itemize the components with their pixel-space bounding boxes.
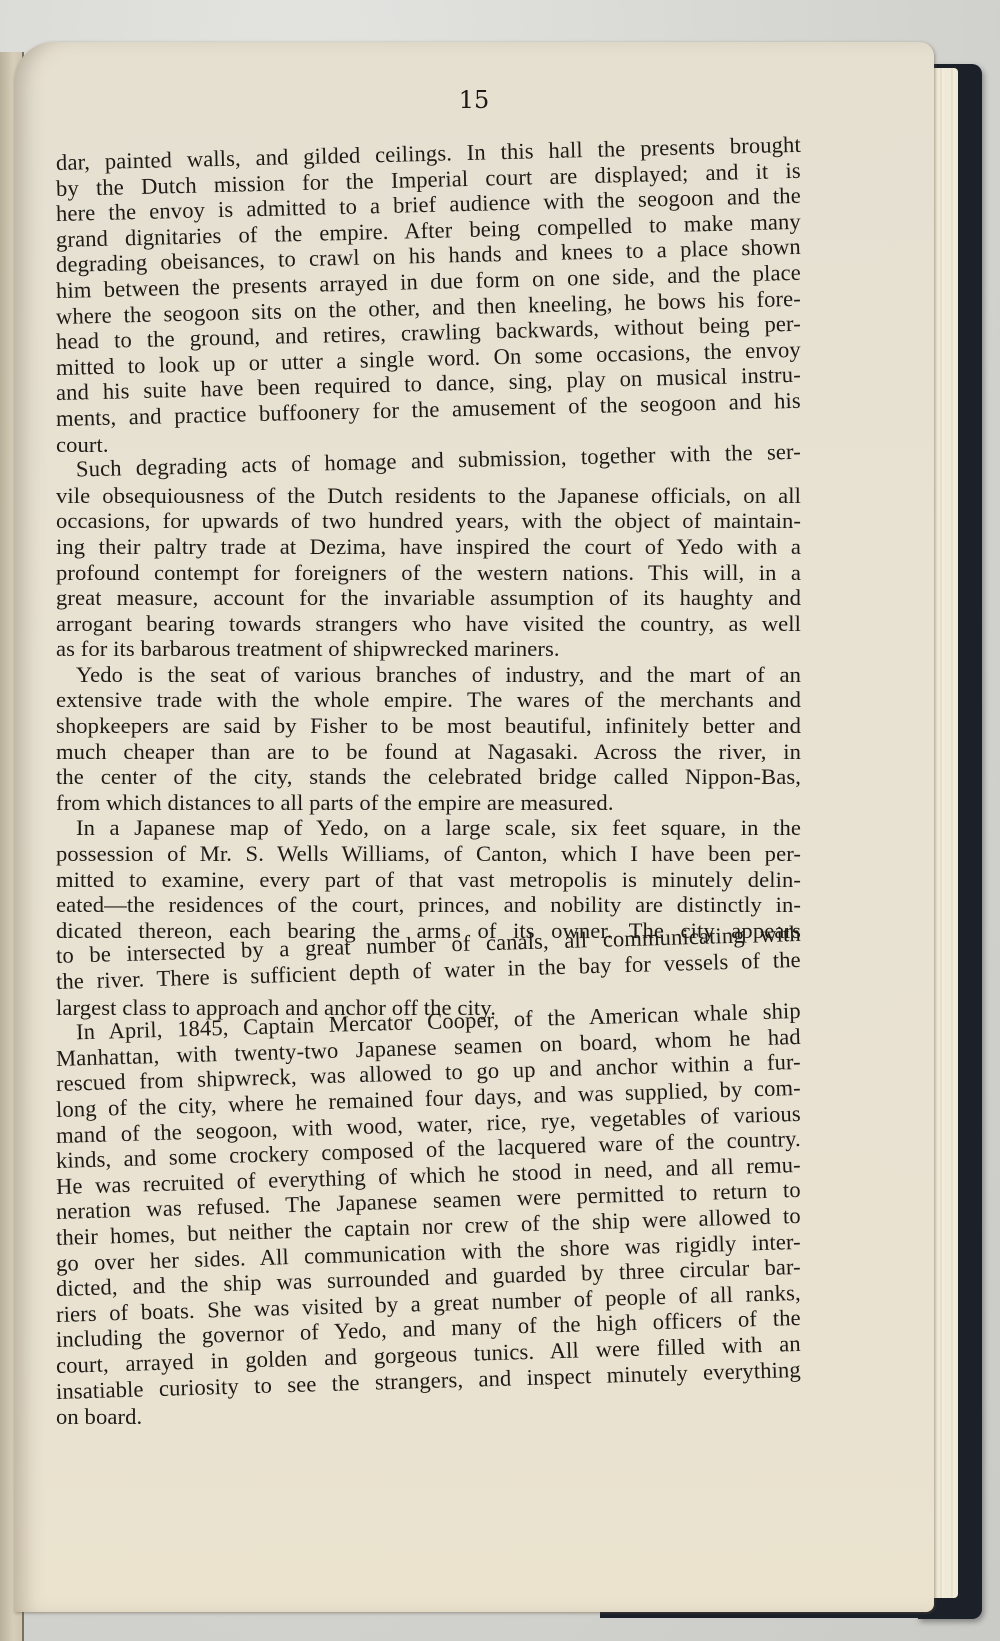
paragraph: Yedo is the seat of various branches of … bbox=[56, 662, 801, 816]
text-line: occasions, for upwards of two hundred ye… bbox=[56, 508, 801, 534]
text-line: from which distances to all parts of the… bbox=[56, 790, 801, 816]
book-page: 15 dar, painted walls, and gilded ceilin… bbox=[14, 42, 934, 1612]
paragraph: In April, 1845, Captain Mercator Cooper,… bbox=[56, 1020, 801, 1430]
text-line: as for its barbarous treatment of shipwr… bbox=[56, 636, 801, 662]
text-line: possession of Mr. S. Wells Williams, of … bbox=[56, 841, 801, 867]
text-line: ing their paltry trade at Dezima, have i… bbox=[56, 534, 801, 560]
text-line: mitted to examine, every part of that va… bbox=[56, 867, 801, 893]
text-line: shopkeepers are said by Fisher to be mos… bbox=[56, 713, 801, 739]
body-text: dar, painted walls, and gilded ceilings.… bbox=[56, 150, 801, 1430]
text-line: extensive trade with the whole empire. T… bbox=[56, 687, 801, 713]
paragraph: In a Japanese map of Yedo, on a large sc… bbox=[56, 815, 801, 1020]
text-line: profound contempt for foreigners of the … bbox=[56, 560, 801, 586]
text-line: much cheaper than are to be found at Nag… bbox=[56, 739, 801, 765]
paragraph: Such degrading acts of homage and submis… bbox=[56, 457, 801, 662]
page-number: 15 bbox=[14, 86, 934, 114]
text-line: on board. bbox=[56, 1404, 801, 1430]
text-line: Yedo is the seat of various branches of … bbox=[56, 662, 801, 688]
paragraph: dar, painted walls, and gilded ceilings.… bbox=[56, 150, 801, 457]
text-line: eated—the residences of the court, princ… bbox=[56, 892, 801, 918]
text-line: In a Japanese map of Yedo, on a large sc… bbox=[56, 815, 801, 841]
text-line: great measure, account for the invariabl… bbox=[56, 585, 801, 611]
text-line: vile obsequiousness of the Dutch residen… bbox=[56, 483, 801, 509]
text-line: the center of the city, stands the celeb… bbox=[56, 764, 801, 790]
text-line: arrogant bearing towards strangers who h… bbox=[56, 611, 801, 637]
